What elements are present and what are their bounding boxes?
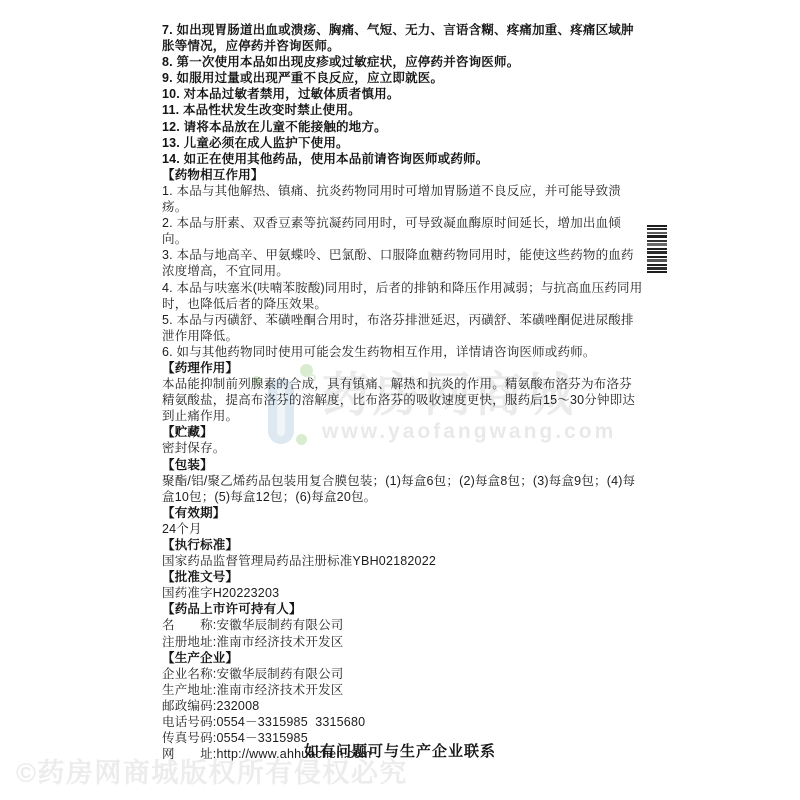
section-line: 邮政编码:232008: [162, 698, 644, 714]
section-line: 生产地址:淮南市经济技术开发区: [162, 682, 644, 698]
section-title: 【药品上市许可持有人】: [162, 601, 644, 617]
precaution-item: 11. 本品性状发生改变时禁止使用。: [162, 102, 644, 118]
section-line: 24个月: [162, 521, 644, 537]
section-line: 名 称:安徽华辰制药有限公司: [162, 617, 644, 633]
precaution-item: 10. 对本品过敏者禁用，过敏体质者慎用。: [162, 86, 644, 102]
section-line: 企业名称:安徽华辰制药有限公司: [162, 666, 644, 682]
section-line: 1. 本品与其他解热、镇痛、抗炎药物同用时可增加胃肠道不良反应，并可能导致溃疡。: [162, 183, 644, 215]
section-title: 【有效期】: [162, 505, 644, 521]
section-line: 电话号码:0554－3315985 3315680: [162, 714, 644, 730]
section-line: 2. 本品与肝素、双香豆素等抗凝药同用时，可导致凝血酶原时间延长，增加出血倾向。: [162, 215, 644, 247]
section-line: 3. 本品与地高辛、甲氨蝶呤、巴氯酚、口服降血糖药物同用时，能使这些药物的血药浓…: [162, 247, 644, 279]
section-line: 4. 本品与呋塞米(呋喃苯胺酸)同用时，后者的排钠和降压作用减弱；与抗高血压药同…: [162, 280, 644, 312]
footer-contact-note: 如有问题可与生产企业联系: [0, 740, 800, 761]
section-line: 注册地址:淮南市经济技术开发区: [162, 634, 644, 650]
precaution-item: 13. 儿童必须在成人监护下使用。: [162, 135, 644, 151]
section-line: 国药准字H20223203: [162, 585, 644, 601]
precaution-item: 14. 如正在使用其他药品，使用本品前请咨询医师或药师。: [162, 151, 644, 167]
section-line: 密封保存。: [162, 440, 644, 456]
precaution-item: 8. 第一次使用本品如出现皮疹或过敏症状，应停药并咨询医师。: [162, 54, 644, 70]
section-line: 6. 如与其他药物同时使用可能会发生药物相互作用，详情请咨询医师或药师。: [162, 344, 644, 360]
section-line: 聚酯/铝/聚乙烯药品包装用复合膜包装；(1)每盒6包；(2)每盒8包；(3)每盒…: [162, 473, 644, 505]
section-line: 国家药品监督管理局药品注册标准YBH02182022: [162, 553, 644, 569]
leaflet-page: 药房网商城 www.yaofangwang.com 7. 如出现胃肠道出血或溃疡…: [0, 0, 800, 800]
precaution-item: 9. 如服用过量或出现严重不良反应，应立即就医。: [162, 70, 644, 86]
section-line: 5. 本品与丙磺舒、苯磺唑酮合用时，布洛芬排泄延迟，丙磺舒、苯磺唑酮促进尿酸排泄…: [162, 312, 644, 344]
section-line: 本品能抑制前列腺素的合成，具有镇痛、解热和抗炎的作用。精氨酸布洛芬为布洛芬精氨酸…: [162, 376, 644, 424]
precaution-item: 7. 如出现胃肠道出血或溃疡、胸痛、气短、无力、言语含糊、疼痛加重、疼痛区域肿胀…: [162, 22, 644, 54]
section-title: 【生产企业】: [162, 650, 644, 666]
barcode: [647, 225, 667, 273]
section-title: 【包装】: [162, 457, 644, 473]
section-title: 【药理作用】: [162, 360, 644, 376]
leaflet-body-text: 7. 如出现胃肠道出血或溃疡、胸痛、气短、无力、言语含糊、疼痛加重、疼痛区域肿胀…: [162, 22, 644, 762]
precaution-item: 12. 请将本品放在儿童不能接触的地方。: [162, 119, 644, 135]
section-title: 【贮藏】: [162, 424, 644, 440]
section-title: 【批准文号】: [162, 569, 644, 585]
section-title: 【执行标准】: [162, 537, 644, 553]
section-title: 【药物相互作用】: [162, 167, 644, 183]
